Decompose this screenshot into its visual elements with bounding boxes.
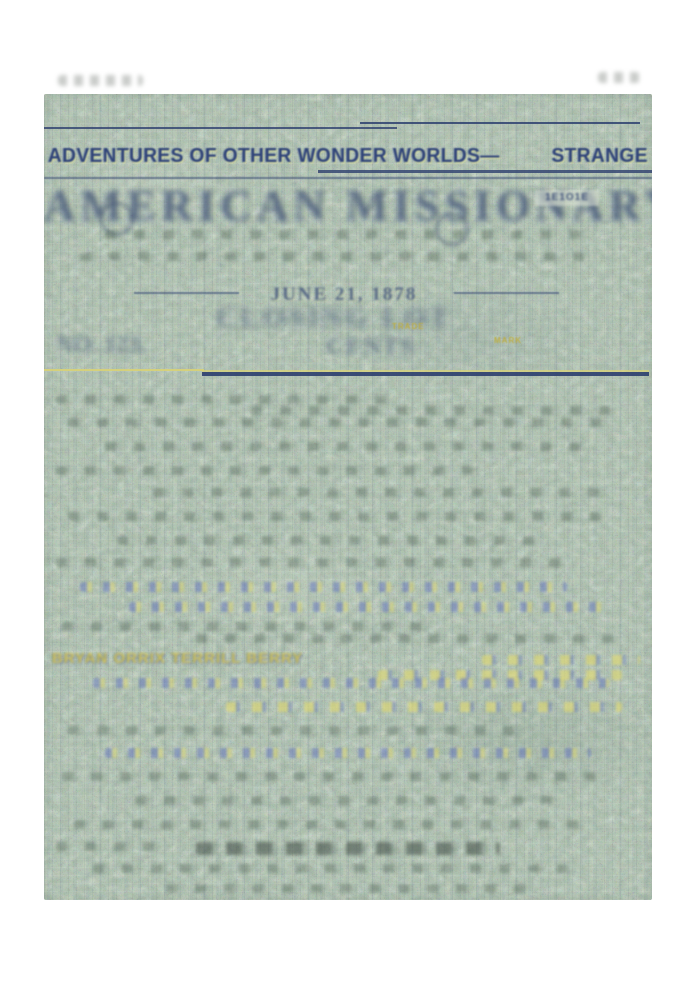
illegible-text-smudge [196,842,500,855]
byline-names: BRYAN ORRIX TERRILL BERRY [52,650,492,667]
illegible-text-smudge [196,634,622,643]
illegible-text-smudge [62,622,427,631]
illegible-text-smudge [56,558,573,567]
margin-pencil-smudge [58,75,143,86]
illegible-text-smudge [80,252,603,261]
top-banner: ADVENTURES OF OTHER WONDER WORLDS— STRAN… [48,145,648,168]
illegible-text-smudge [251,406,616,415]
banner-underline-full [44,177,652,179]
illegible-text-smudge [117,536,543,545]
illegible-text-smudge [482,655,640,665]
margin-pencil-smudge [598,72,640,83]
illegible-text-smudge [62,772,597,781]
price-cents: CENTS [326,334,416,361]
illegible-text-smudge [153,488,609,497]
illegible-text-smudge [56,395,390,404]
top-rule-left-segment [44,127,397,129]
banner-underline-right [318,170,652,173]
illegible-headline: CLOSING LOT [154,302,514,335]
magazine-cover-page: ADVENTURES OF OTHER WONDER WORLDS— STRAN… [44,94,652,900]
trade-mark-word-bottom: MARK [494,336,522,345]
illegible-text-smudge [56,842,165,851]
illegible-text-smudge [135,796,561,805]
trade-mark-word-top: TRADE [392,322,425,331]
illegible-text-smudge [226,702,621,712]
mid-rule-navy-bar [202,372,649,376]
illegible-text-smudge [56,466,482,475]
illegible-text-smudge [68,726,524,735]
top-rule-right-segment [360,122,640,124]
mid-rule-yellow-segment [44,369,204,371]
scan-canvas: ADVENTURES OF OTHER WONDER WORLDS— STRAN… [0,0,693,1000]
illegible-text-smudge [105,748,591,758]
illegible-text-smudge [129,602,603,612]
banner-left-text: ADVENTURES OF OTHER WONDER WORLDS— [48,145,500,168]
illegible-text-smudge [105,442,591,451]
illegible-text-smudge [74,820,591,829]
illegible-text-smudge [68,418,615,427]
illegible-text-smudge [93,678,610,688]
rosette-emblem-icon [435,212,469,246]
small-illegible-stamp: 1E1O1E [535,190,599,206]
illegible-text-smudge [93,864,579,873]
illegible-text-smudge [68,512,603,521]
illegible-text-smudge [166,884,531,893]
issue-number: NO. 123. [56,332,146,359]
illegible-text-smudge [105,230,591,239]
illegible-text-smudge [80,582,566,592]
banner-right-text: STRANGE [552,145,648,168]
